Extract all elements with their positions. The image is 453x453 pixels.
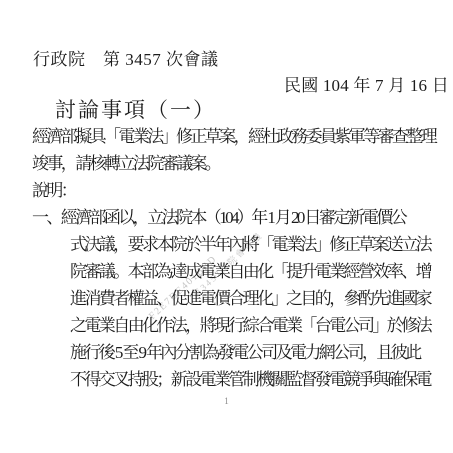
meeting-header: 行政院 第 3457 次會議: [33, 45, 219, 70]
section-title: 討論事項（一）: [55, 94, 216, 124]
explanation-label: 說明：: [32, 177, 432, 204]
item1-line-4: 進消費者權益、促進電價合理化」之目的，參酌先進國家: [70, 285, 432, 312]
subject-line-2: 竣事，請核轉立法院審議案。: [32, 150, 432, 177]
subject-line-1: 經濟部擬具「電業法」修正草案，經杜政務委員紫軍等審查整理: [32, 123, 432, 150]
item1-line-6: 施行後 5 至 9 年內分割為發電公司及電力網公司，且彼此: [70, 339, 432, 366]
item1-line-1: 一、經濟部函以，立法院本（104）年 1 月 20 日審定新電價公: [32, 204, 432, 231]
document-page: 行政院 第 3457 次會議 民國 104 年 7 月 16 日 討論事項（一）…: [0, 0, 453, 453]
item1-line-5: 之電業自由化作法，將現行綜合電業「台電公司」於修法: [70, 312, 432, 339]
document-date: 民國 104 年 7 月 16 日: [284, 71, 449, 96]
page-number: 1: [0, 396, 453, 406]
document-body: 經濟部擬具「電業法」修正草案，經杜政務委員紫軍等審查整理 竣事，請核轉立法院審議…: [32, 123, 432, 393]
item1-line-2: 式決議，要求本院於半年內將「電業法」修正草案送立法: [70, 231, 432, 258]
item1-line-3: 院審議。本部為達成電業自由化「提升電業經營效率、增: [70, 258, 432, 285]
item1-line-7: 不得交叉持股；新設電業管制機關監督發電競爭與確保電: [70, 366, 432, 393]
